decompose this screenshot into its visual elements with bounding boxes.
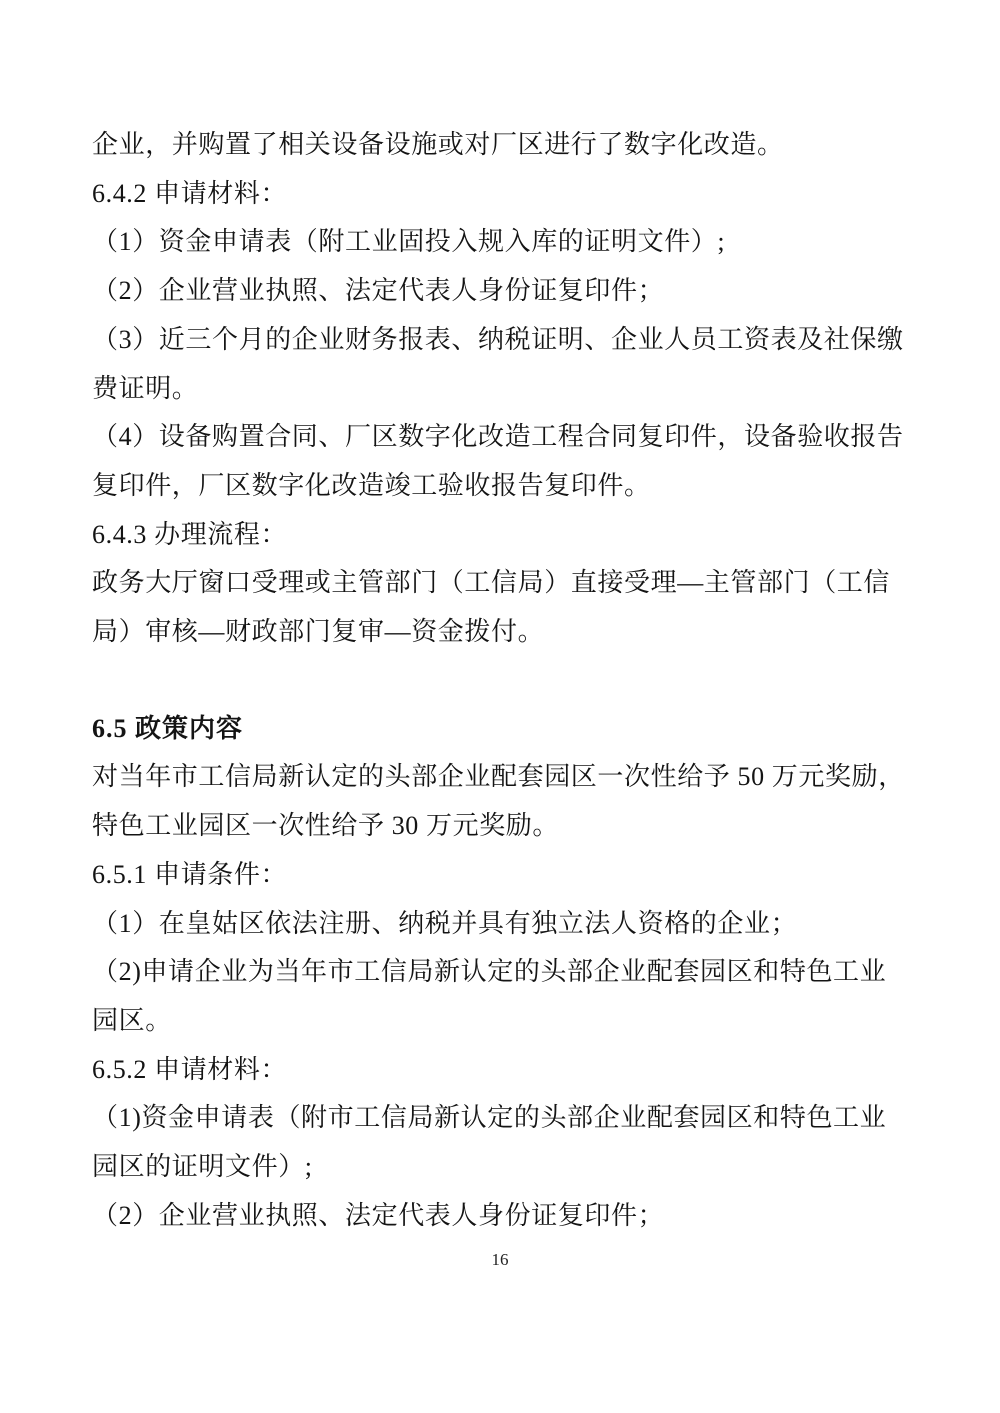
section-6-4-2-heading: 6.4.2 申请材料： (92, 170, 912, 219)
list-item: （1）资金申请表（附工业固投入规入库的证明文件）; (92, 218, 912, 267)
section-6-5-2-heading: 6.5.2 申请材料： (92, 1046, 912, 1095)
list-item: （1)资金申请表（附市工信局新认定的头部企业配套园区和特色工业 (92, 1094, 912, 1143)
list-item: （1）在皇姑区依法注册、纳税并具有独立法人资格的企业； (92, 900, 912, 949)
list-item-continuation: 费证明。 (92, 365, 912, 414)
section-6-5-1-heading: 6.5.1 申请条件： (92, 851, 912, 900)
list-item: （2）企业营业执照、法定代表人身份证复印件； (92, 1192, 912, 1241)
list-item-continuation: 复印件，厂区数字化改造竣工验收报告复印件。 (92, 462, 912, 511)
page-body-text: 企业，并购置了相关设备设施或对厂区进行了数字化改造。 6.4.2 申请材料： （… (92, 121, 912, 1240)
document-page: 企业，并购置了相关设备设施或对厂区进行了数字化改造。 6.4.2 申请材料： （… (0, 0, 1000, 1413)
list-item: （3）近三个月的企业财务报表、纳税证明、企业人员工资表及社保缴 (92, 316, 912, 365)
paragraph-line: 对当年市工信局新认定的头部企业配套园区一次性给予 50 万元奖励， (92, 753, 912, 802)
list-item: （2)申请企业为当年市工信局新认定的头部企业配套园区和特色工业 (92, 948, 912, 997)
page-number: 16 (0, 1250, 1000, 1270)
list-item-continuation: 园区的证明文件）; (92, 1143, 912, 1192)
paragraph-line: 企业，并购置了相关设备设施或对厂区进行了数字化改造。 (92, 121, 912, 170)
paragraph-line: 特色工业园区一次性给予 30 万元奖励。 (92, 802, 912, 851)
list-item-continuation: 园区。 (92, 997, 912, 1046)
section-6-4-3-heading: 6.4.3 办理流程： (92, 511, 912, 560)
list-item: （4）设备购置合同、厂区数字化改造工程合同复印件，设备验收报告 (92, 413, 912, 462)
section-6-5-heading: 6.5 政策内容 (92, 705, 912, 754)
paragraph-line: 政务大厅窗口受理或主管部门（工信局）直接受理—主管部门（工信 (92, 559, 912, 608)
paragraph-line: 局）审核—财政部门复审—资金拨付。 (92, 608, 912, 657)
list-item: （2）企业营业执照、法定代表人身份证复印件； (92, 267, 912, 316)
